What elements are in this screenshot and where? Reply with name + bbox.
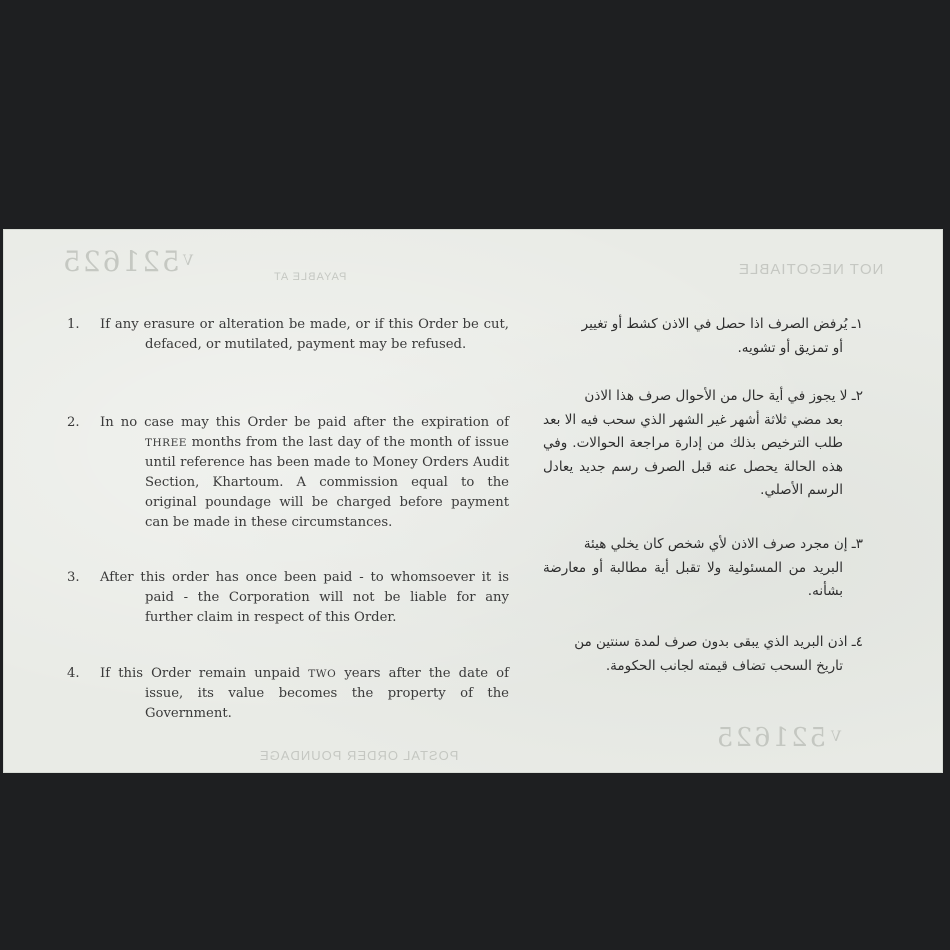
english-condition-1: 1. If any erasure or alteration be made,…	[67, 315, 509, 413]
show-through-serial-bottom: 521625	[715, 723, 826, 753]
condition-text-first-line: If this Order remain unpaid TWO years af…	[100, 664, 509, 684]
english-condition-2: 2. In no case may this Order be paid aft…	[67, 413, 509, 568]
emphasis-two: TWO	[308, 668, 336, 680]
emphasis-three: THREE	[145, 437, 187, 449]
arabic-condition-rest: بعد مضي ثلاثة أشهر غير الشهر الذي سحب في…	[543, 409, 863, 503]
condition-text-rest: THREE months from the last day of the mo…	[100, 433, 509, 533]
condition-number: 1.	[67, 315, 80, 335]
english-condition-4: 4. If this Order remain unpaid TWO years…	[67, 664, 509, 724]
english-conditions: 1. If any erasure or alteration be made,…	[67, 315, 509, 724]
condition-number: 2.	[67, 413, 80, 433]
arabic-condition-first-line: ٤ـ اذن البريد الذي يبقى بدون صرف لمدة سن…	[543, 631, 863, 655]
condition-text-first-line: If any erasure or alteration be made, or…	[100, 315, 509, 335]
english-condition-3: 3. After this order has once been paid -…	[67, 568, 509, 664]
arabic-condition-4: ٤ـ اذن البريد الذي يبقى بدون صرف لمدة سن…	[543, 631, 863, 678]
arabic-conditions: ١ـ يُرفض الصرف اذا حصل في الاذن كشط أو ت…	[543, 313, 863, 678]
arabic-condition-rest: البريد من المسئولية ولا تقبل أية مطالبة …	[543, 557, 863, 604]
arabic-condition-first-line: ٣ـ إن مجرد صرف الاذن لأي شخص كان يخلي هي…	[543, 533, 863, 557]
condition-number: 4.	[67, 664, 80, 684]
show-through-serial-top-mark: V	[183, 253, 193, 269]
arabic-condition-first-line: ٢ـ لا يجوز في أية حال من الأحوال صرف هذا…	[543, 385, 863, 409]
condition-text-rest: defaced, or mutilated, payment may be re…	[100, 335, 509, 355]
show-through-payable-text: PAYABLE AT	[273, 271, 346, 283]
arabic-condition-first-line: ١ـ يُرفض الصرف اذا حصل في الاذن كشط أو ت…	[543, 313, 863, 337]
show-through-poundage-text: POSTAL ORDER POUNDAGE	[259, 748, 458, 763]
arabic-condition-rest: أو تمزيق أو تشويه.	[543, 337, 863, 361]
arabic-condition-3: ٣ـ إن مجرد صرف الاذن لأي شخص كان يخلي هي…	[543, 533, 863, 631]
arabic-condition-2: ٢ـ لا يجوز في أية حال من الأحوال صرف هذا…	[543, 385, 863, 533]
condition-text-rest: issue, its value becomes the property of…	[100, 684, 509, 724]
arabic-condition-rest: تاريخ السحب تضاف قيمته لجانب الحكومة.	[543, 655, 863, 679]
arabic-condition-1: ١ـ يُرفض الصرف اذا حصل في الاذن كشط أو ت…	[543, 313, 863, 385]
condition-text-rest: paid - the Corporation will not be liabl…	[100, 588, 509, 628]
show-through-not-negotiable: NOT NEGOTIABLE	[738, 261, 883, 278]
show-through-serial-bottom-mark: V	[831, 729, 841, 745]
condition-text-first-line: After this order has once been paid - to…	[100, 568, 509, 588]
condition-text-first-line: In no case may this Order be paid after …	[100, 413, 509, 433]
condition-number: 3.	[67, 568, 80, 588]
postal-order-paper: 521625 V PAYABLE AT NOT NEGOTIABLE 52162…	[3, 229, 943, 773]
show-through-serial-top: 521625	[61, 245, 180, 278]
